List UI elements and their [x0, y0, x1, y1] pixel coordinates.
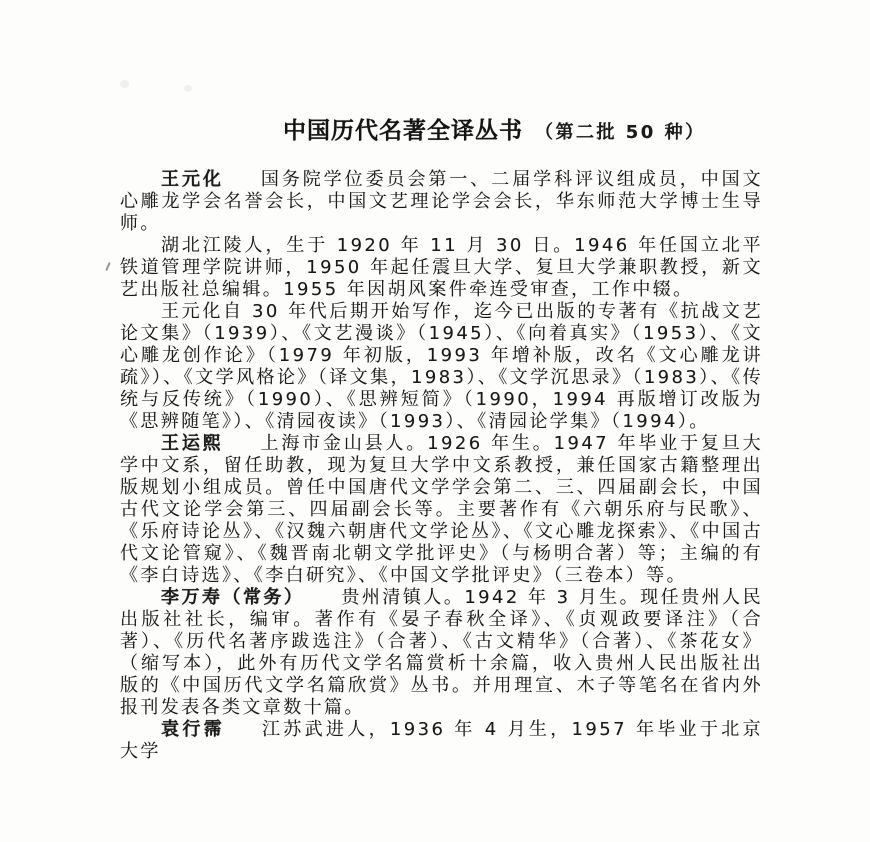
series-title: 中国历代名著全译丛书: [283, 118, 523, 144]
paragraph-wang-yuanhua-intro: 王元化国务院学位委员会第一、二届学科评议组成员，中国文心雕龙学会名誉会长，中国文…: [120, 169, 763, 235]
person-name: 王元化: [161, 169, 224, 190]
scan-speck: [120, 80, 129, 88]
biography-text-block: 王元化国务院学位委员会第一、二届学科评议组成员，中国文心雕龙学会名誉会长，中国文…: [120, 169, 763, 763]
page-heading: 中国历代名著全译丛书（第二批 50 种）: [283, 112, 706, 145]
paragraph-text: 湖北江陵人，生于 1920 年 11 月 30 日。1946 年任国立北平铁道管…: [120, 235, 763, 300]
scan-speck: [184, 85, 192, 92]
person-name: 李万寿（常务）: [161, 587, 304, 608]
paragraph-li-wanshou: 李万寿（常务）贵州清镇人。1942 年 3 月生。现任贵州人民出版社社长，编审。…: [120, 587, 763, 719]
paragraph-text: 上海市金山县人。1926 年生。1947 年毕业于复旦大学中文系，留任助教，现为…: [120, 433, 763, 586]
paragraph-wang-yunxi: 王运熙上海市金山县人。1926 年生。1947 年毕业于复旦大学中文系，留任助教…: [120, 433, 763, 587]
paragraph-yuan-xingpei: 袁行霈江苏武进人，1936 年 4 月生，1957 年毕业于北京大学: [120, 719, 763, 763]
person-name: 袁行霈: [161, 719, 225, 740]
series-title-note: （第二批 50 种）: [535, 122, 706, 143]
paragraph-wang-yuanhua-works: 王元化自 30 年代后期开始写作，迄今已出版的专著有《抗战文艺论文集》（1939…: [120, 301, 763, 433]
paragraph-text: 王元化自 30 年代后期开始写作，迄今已出版的专著有《抗战文艺论文集》（1939…: [120, 301, 763, 432]
person-name: 王运熙: [161, 433, 224, 454]
scan-tick-mark: [105, 262, 110, 271]
scanned-book-page: 中国历代名著全译丛书（第二批 50 种） 王元化国务院学位委员会第一、二届学科评…: [0, 0, 870, 842]
paragraph-wang-yuanhua-life: 湖北江陵人，生于 1920 年 11 月 30 日。1946 年任国立北平铁道管…: [120, 235, 763, 301]
